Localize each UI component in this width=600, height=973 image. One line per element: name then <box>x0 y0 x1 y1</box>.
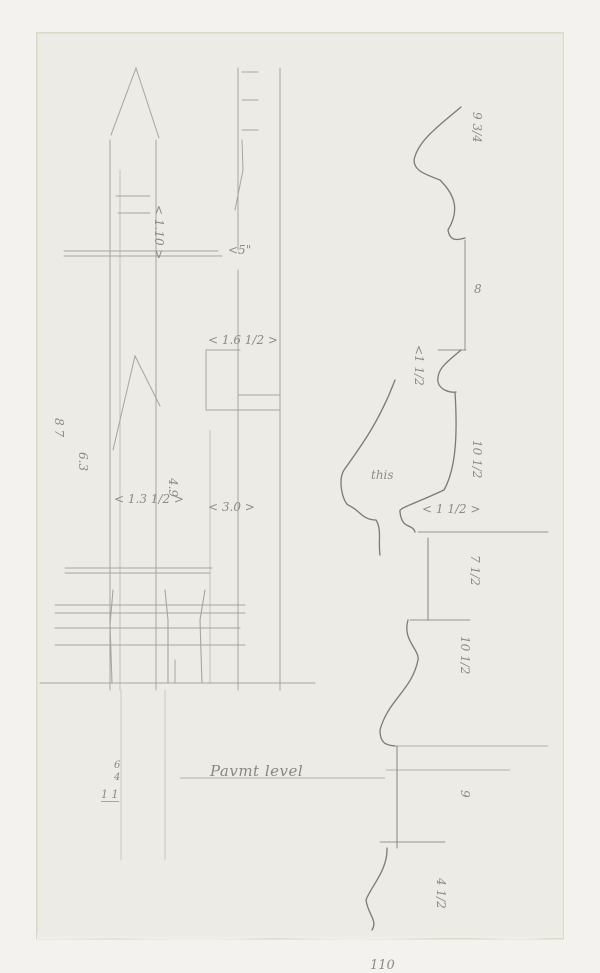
label-plinth-height: 7 1/2 <box>468 555 482 586</box>
label-neck: <1 1/2 <box>412 345 426 386</box>
label-mount-number: 110 <box>370 958 395 973</box>
moulding-profile <box>180 107 548 930</box>
label-width-upper: < 1.6 1/2 > <box>208 333 278 347</box>
label-left-dim-top: 6 <box>114 760 120 771</box>
label-projection: < 1 1/2 > <box>422 502 481 516</box>
label-base-moulding: 4 1/2 <box>434 878 448 909</box>
label-pavement-level: Pavmt level <box>210 762 303 780</box>
label-note-this: this <box>371 468 394 482</box>
buttress-elevation <box>206 68 280 690</box>
label-offset-mid: <5" <box>228 243 251 257</box>
pencil-drawing <box>0 0 600 973</box>
label-base-height: 9 <box>458 790 472 798</box>
label-left-dim-mid: 4 <box>114 772 120 783</box>
label-lower-moulding: 10 1/2 <box>458 636 472 674</box>
label-top-moulding: 9 3/4 <box>470 112 484 143</box>
label-height-side: 4.9 <box>166 478 180 497</box>
label-width-lower: < 3.0 > <box>208 500 255 514</box>
label-height-upper: < 1.10 > <box>152 205 166 259</box>
label-height-total: 8 7 <box>52 418 66 437</box>
label-body-height: 10 1/2 <box>470 440 484 478</box>
label-height-lower: 6.3 <box>76 452 90 471</box>
label-left-dim-bottom: 1 1 <box>101 788 119 802</box>
label-upper-height: 8 <box>474 282 482 296</box>
